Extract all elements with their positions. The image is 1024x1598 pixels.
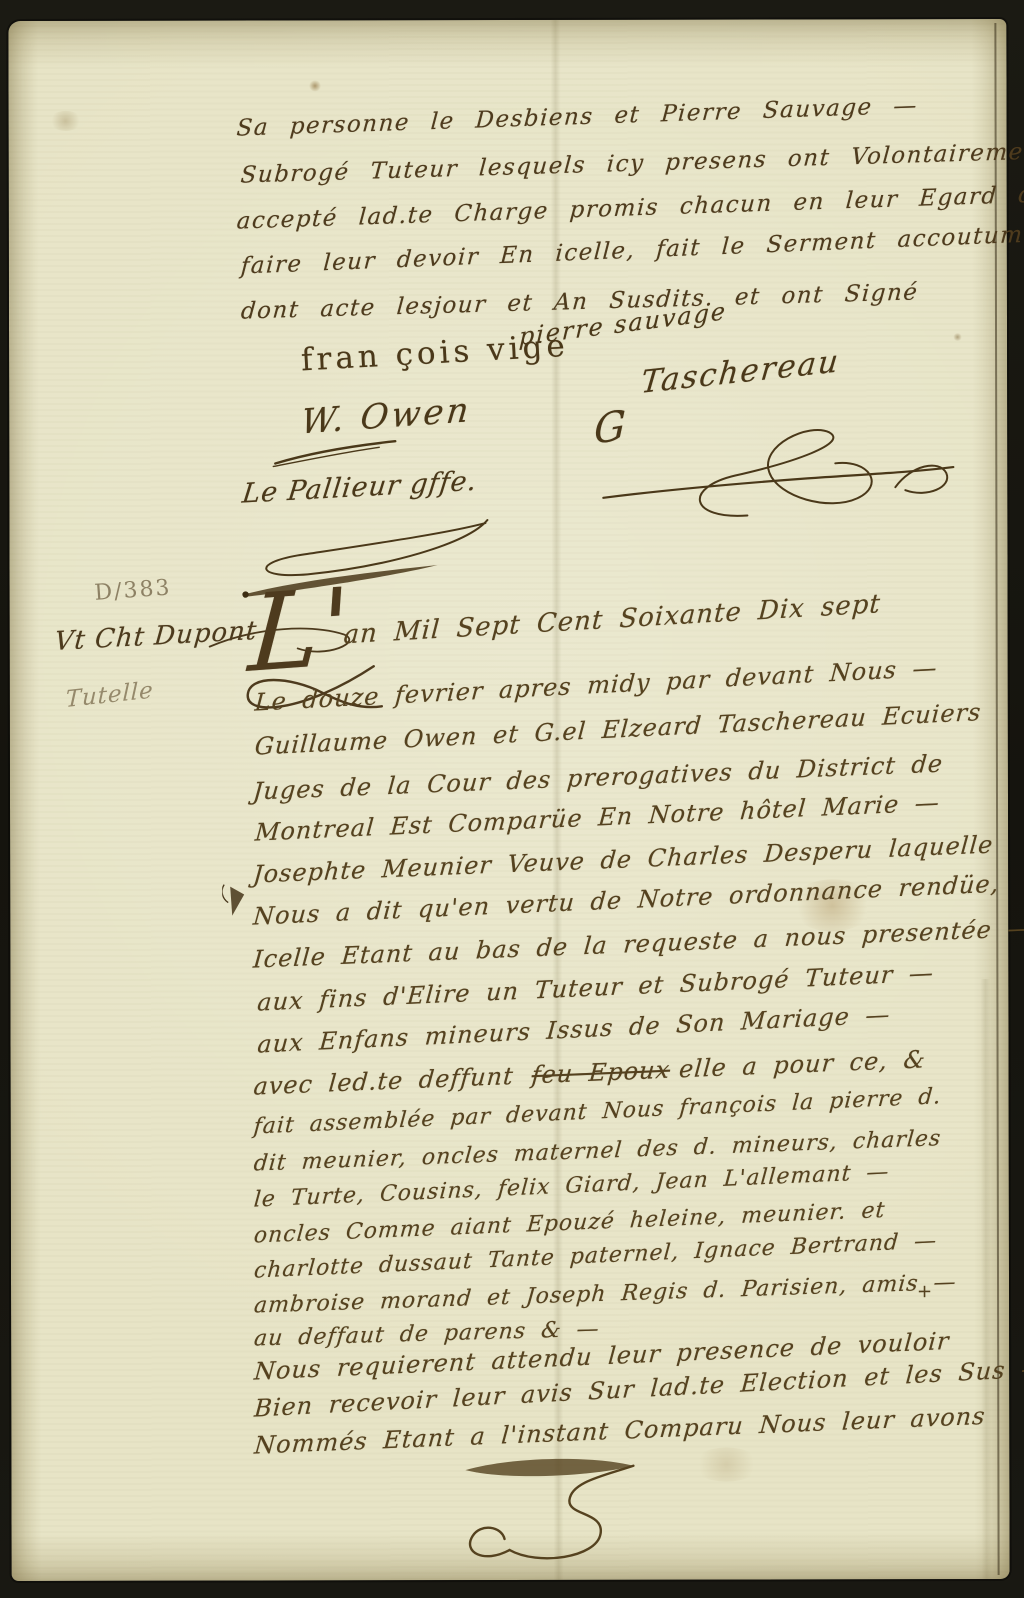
margin-notes: D/383 Vt Cht Dupont Tutelle xyxy=(8,19,1006,21)
signature-block: pierre sauvage fran çois vige Taschereau… xyxy=(8,19,1006,21)
signature-taschereau: Taschereau xyxy=(639,343,842,401)
foxing-stain xyxy=(49,111,83,131)
opening-paragraph: Sa personne le Desbiens et Pierre Sauvag… xyxy=(8,19,1006,21)
foxing-stain xyxy=(953,333,962,341)
foxing-stain xyxy=(691,1447,761,1481)
line-segment: elle a pour ce, & xyxy=(678,1045,927,1083)
taschereau-paraph-flourish xyxy=(597,417,959,530)
document-page: Sa personne le Desbiens et Pierre Sauvag… xyxy=(8,19,1009,1581)
signature-greffier-lepallieur: Le Pallieur gffe. xyxy=(240,466,479,510)
insertion-mark: + xyxy=(917,1281,932,1302)
adjacent-page-edge-line xyxy=(994,23,999,1575)
foxing-stain xyxy=(308,80,321,91)
owen-underline-flourish xyxy=(271,438,401,468)
vertical-fold-crease xyxy=(980,979,991,1579)
margin-ink-blot xyxy=(222,883,248,919)
struck-through-words: feu Epoux xyxy=(531,1056,672,1090)
scan-background: Sa personne le Desbiens et Pierre Sauvag… xyxy=(0,0,1024,1598)
manuscript-line: Sa personne le Desbiens et Pierre Sauvag… xyxy=(236,93,919,142)
archive-number-note: D/383 xyxy=(94,575,173,605)
main-paragraph: L' an Mil Sept Cent Soixante Dix sept Le… xyxy=(8,19,1006,21)
signature-francois-vige: fran çois vige xyxy=(300,328,569,379)
line-segment: avec led.te deffunt xyxy=(252,1062,514,1101)
signature-w-owen: W. Owen xyxy=(299,390,473,443)
manuscript-line: Subrogé Tuteur lesquels icy presens ont … xyxy=(240,138,1024,188)
bottom-paraph-flourish xyxy=(453,1448,665,1572)
tutelle-pencil-note: Tutelle xyxy=(65,677,154,713)
